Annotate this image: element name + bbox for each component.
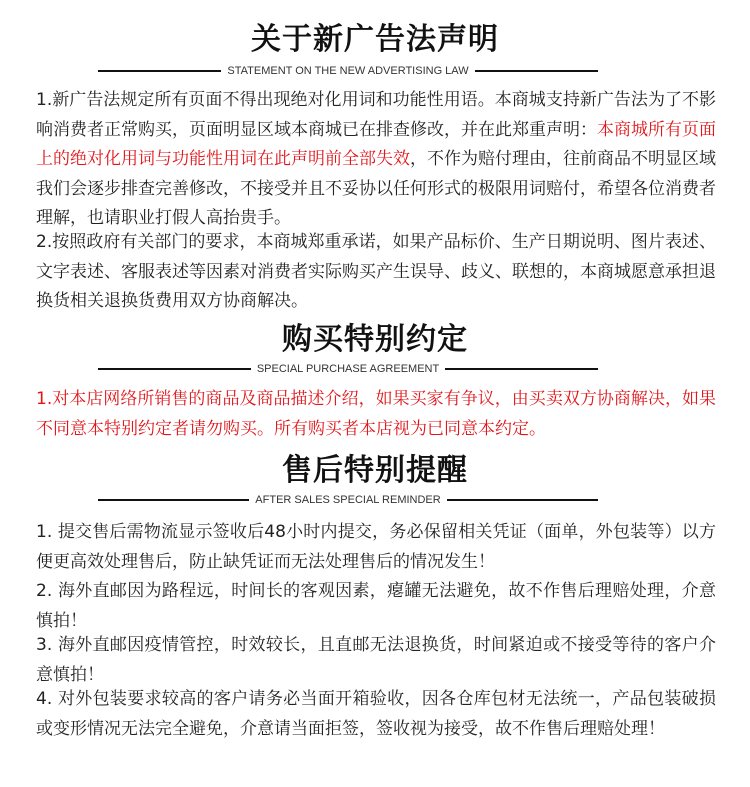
advertising-law-paragraph-2: 2.按照政府有关部门的要求，本商城郑重承诺，如果产品标价、生产日期说明、图片表述… bbox=[36, 228, 716, 317]
section-subtitle: SPECIAL PURCHASE AGREEMENT bbox=[251, 363, 445, 375]
divider-line-left bbox=[98, 499, 249, 501]
after-sales-item-4: 4. 对外包装要求较高的客户请务必当面开箱验收，因各仓库包材无法统一，产品包装破… bbox=[36, 685, 716, 744]
section-divider-purchase-agreement: SPECIAL PURCHASE AGREEMENT bbox=[98, 362, 598, 376]
section-subtitle: STATEMENT ON THE NEW ADVERTISING LAW bbox=[221, 65, 474, 77]
section-title-purchase-agreement: 购买特别约定 bbox=[0, 322, 750, 358]
section-title-advertising-law: 关于新广告法声明 bbox=[0, 22, 750, 58]
divider-line-left bbox=[98, 70, 221, 72]
after-sales-item-2: 2. 海外直邮因为路程远，时间长的客观因素，瘪罐无法避免，故不作售后理赔处理，介… bbox=[36, 577, 716, 636]
divider-line-right bbox=[445, 368, 598, 370]
purchase-agreement-paragraph: 1.对本店网络所销售的商品及商品描述介绍，如果买家有争议，由买卖双方协商解决，如… bbox=[36, 385, 716, 444]
divider-line-left bbox=[98, 368, 251, 370]
section-divider-advertising-law: STATEMENT ON THE NEW ADVERTISING LAW bbox=[98, 64, 598, 78]
divider-line-right bbox=[475, 70, 598, 72]
section-title-after-sales: 售后特别提醒 bbox=[0, 453, 750, 489]
section-divider-after-sales: AFTER SALES SPECIAL REMINDER bbox=[98, 493, 598, 507]
after-sales-item-3: 3. 海外直邮因疫情管控，时效较长，且直邮无法退换货，时间紧迫或不接受等待的客户… bbox=[36, 631, 716, 690]
after-sales-item-1: 1. 提交售后需物流显示签收后48小时内提交，务必保留相关凭证（面单，外包装等）… bbox=[36, 518, 716, 577]
advertising-law-paragraph-1: 1.新广告法规定所有页面不得出现绝对化用词和功能性用语。本商城支持新广告法为了不… bbox=[36, 86, 716, 234]
divider-line-right bbox=[447, 499, 598, 501]
section-subtitle: AFTER SALES SPECIAL REMINDER bbox=[249, 494, 446, 506]
